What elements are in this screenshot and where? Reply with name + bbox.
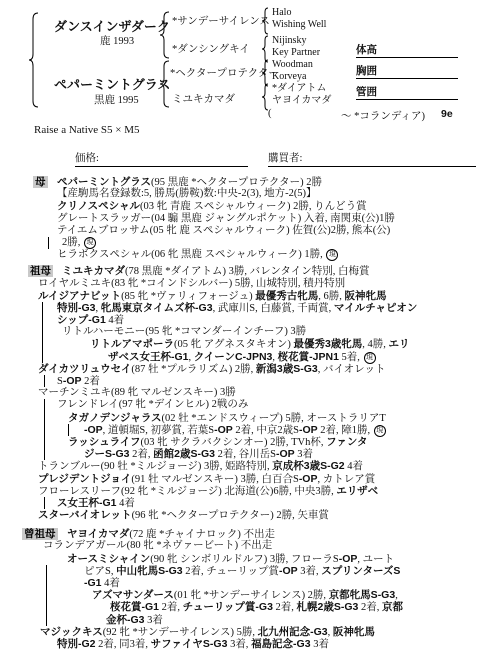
dam-sire-dam: Korveya <box>272 71 306 83</box>
tree-connector-bar <box>44 412 45 424</box>
chest-girth-field: 胸囲 <box>356 63 458 79</box>
pedigree-line: 桜花賞-G1 2着, チューリップ賞-G3 2着, 札幌2歳S-G3 2着, 京… <box>0 601 500 613</box>
tree-connector-bar <box>46 601 47 613</box>
pedigree-line: 特別-G2 2着, 同3着, サファイヤS-G3 3着, 福島記念-G3 3着 <box>0 638 500 650</box>
sire-sire-dam: Wishing Well <box>272 19 326 31</box>
tree-connector-bar <box>42 338 43 350</box>
dam-dam-sire: *ダイアトム <box>272 83 327 95</box>
tree-connector-bar <box>44 424 45 436</box>
pedigree-line: ス女王杯-G1 4着 <box>0 497 500 509</box>
tree-connector-bar <box>68 424 69 436</box>
buyer-field: 購買者: <box>268 150 476 167</box>
sire-sire-name: *サンデーサイレンス <box>172 13 270 28</box>
dam-sire-name: *ヘクタープロテクター <box>170 65 279 80</box>
dam-dam-name: ミユキカマダ <box>172 91 235 106</box>
pedigree-line: オースミシャイン(90 牝 シンボリルドルフ) 3勝, フローラS-OP, ユー… <box>0 553 500 565</box>
pedigree-line: フローレスリーフ(92 牝 *ミルジョージ) 北海道(公)6勝, 中央3勝, エ… <box>0 485 500 497</box>
pedigree-line: 金杯-G3 3着 <box>0 614 500 626</box>
pedigree-line: -OP, 道頓堀S, 初夢賞, 若葉S-OP 2着, 中京2歳S-OP 2着, … <box>0 424 500 436</box>
pedigree-line: ヒラボクスペシャル(06 牝 黒鹿 スペシャルウィーク) 1勝, 現 <box>0 249 500 261</box>
sire-dam-sire: Nijinsky <box>272 35 306 47</box>
pedigree-line: リトルアマポーラ(05 牝 アグネスタキオン) 最優秀3歳牝馬, 4勝, エリ <box>0 338 500 350</box>
pedigree-line: テイエムブロッサム(05 牝 鹿 スペシャルウィーク) 佐賀(公)2勝, 熊本(… <box>0 225 500 237</box>
pedigree-line: トランブルー(90 牡 *ミルジョージ) 3勝, 姫路特別, 京成杯3歳S-G2… <box>0 460 500 472</box>
cannon-girth-field: 管囲 <box>356 84 458 100</box>
pedigree-line: ザベス女王杯-G1, クイーンC-JPN3, 桜花賞-JPN1 5着, 現 <box>0 351 500 363</box>
tree-connector-bar <box>44 375 45 387</box>
sire-info: 鹿 1993 <box>100 33 134 48</box>
pedigree-line: ロイヤルミユキ(83 牝 *コインドシルバー) 5勝, 山城特別, 積丹特別 <box>0 278 500 290</box>
current-racer-mark: 現 <box>84 237 96 249</box>
pedigree-line: ペパーミントグラス(95 黒鹿 *ヘクタープロテクター) 2勝 <box>0 176 500 188</box>
pedigree-line: 2勝, 現 <box>0 237 500 249</box>
current-racer-mark: 現 <box>326 249 338 261</box>
pedigree-line: マジックキス(92 牝 *サンデーサイレンス) 5勝, 北九州記念-G3, 阪神… <box>0 626 500 638</box>
family-note-line: ～ *コランディア) <box>341 108 425 123</box>
tree-connector-bar <box>44 399 45 411</box>
pedigree-line: 【産駒馬名登録数:5, 勝馬(勝鞍)数:中央-2(3), 地方-2(5)】 <box>0 188 500 200</box>
pedigree-line: タガノデンジャラス(02 牡 *エンドスウィープ) 5勝, オーストラリアT <box>0 412 500 424</box>
tree-connector-bar <box>42 351 43 363</box>
pedigree-line: コランデアガール(80 牝 *ネヴァービート) 不出走 <box>0 540 500 552</box>
pedigree-line: 特別-G3, 牝馬東京タイムズ杯-G3, 武庫川S, 白藤賞, 千両賞, マイル… <box>0 302 500 314</box>
catalog-page: ダンスインザダーク 鹿 1993 ペパーミントグラス 黒鹿 1995 *サンデー… <box>0 0 500 653</box>
pedigree-line: ピアS, 中山牝馬S-G3 2着, チューリップ賞-OP 3着, スプリンターズ… <box>0 565 500 577</box>
tree-connector-bar <box>44 436 45 448</box>
pedigree-line: マーチンミユキ(89 牝 マルゼンスキー) 3勝 <box>0 387 500 399</box>
pedigree-line: ラッシュライフ(03 牝 サクラバクシンオー) 2勝, TVh杯, ファンタ <box>0 436 500 448</box>
inbreeding-note: Raise a Native S5 × M5 <box>34 124 140 136</box>
height-field: 体高 <box>356 42 458 58</box>
dam-sire-sire: Woodman <box>272 59 313 71</box>
dam-name: ペパーミントグラス <box>54 74 170 93</box>
tree-connector-bar <box>42 314 43 326</box>
great-granddam-section: 曾祖母ヤヨイカマダ(72 鹿 *チャイナロック) 不出走コランデアガール(80 … <box>0 528 500 650</box>
pedigree-line: スターバイオレット(96 牝 *ヘクタープロテクター) 2勝, 矢車賞 <box>0 509 500 521</box>
sire-dam-name: *ダンシングキイ <box>172 41 250 56</box>
pedigree-line: アズマサンダース(01 牝 *サンデーサイレンス) 2勝, 京都牝馬S-G3, <box>0 589 500 601</box>
family-number: 9e <box>441 108 453 120</box>
pedigree-line: ヤヨイカマダ(72 鹿 *チャイナロック) 不出走 <box>0 528 500 540</box>
pedigree-line: ミユキカマダ(78 黒鹿 *ダイアトム) 3勝, バレンタイン特別, 白梅賞 <box>0 265 500 277</box>
tree-connector-bar <box>42 326 43 338</box>
current-racer-mark: 現 <box>374 425 386 437</box>
pedigree-line: ルイジアナビット(85 牝 *ヴァリィフォージュ) 最優秀古牝馬, 6勝, 阪神… <box>0 290 500 302</box>
pedigree-line: ジーS-G3 2着, 函館2歳S-G3 2着, 谷川岳S-OP 3着 <box>0 448 500 460</box>
tree-connector-bar <box>46 565 47 577</box>
current-racer-mark: 現 <box>364 352 376 364</box>
buyer-label: 購買者: <box>268 153 302 164</box>
pedigree-line: ダイカツリュウセイ(87 牡 *プルラリズム) 2勝, 新潟3歳S-G3, バイ… <box>0 363 500 375</box>
pedigree-line: グレートスラッガー(04 騸 黒鹿 ジャングルポケット) 入着, 南関東(公)1… <box>0 213 500 225</box>
tree-connector-bar <box>44 448 45 460</box>
tree-connector-bar <box>42 302 43 314</box>
tree-connector-bar <box>48 237 49 249</box>
dam-info: 黒鹿 1995 <box>94 92 139 107</box>
sire-sire-sire: Halo <box>272 7 291 19</box>
tree-connector-bar <box>46 614 47 626</box>
pedigree-line: リトルハーモニー(95 牝 *コマンダーインチーフ) 3勝 <box>0 326 500 338</box>
family-note-open: ( <box>268 108 272 119</box>
pedigree-line: S-OP 2着 <box>0 375 500 387</box>
dam-dam-dam: ヤヨイカマダ <box>272 95 331 107</box>
price-label: 価格: <box>75 153 99 164</box>
pedigree-line: クリノスペシャル(03 牝 青鹿 スペシャルウィーク) 2勝, りんどう賞 <box>0 200 500 212</box>
tree-connector-bar <box>46 589 47 601</box>
pedigree-line: シップ-G1 4着 <box>0 314 500 326</box>
produce-records: 母ペパーミントグラス(95 黒鹿 *ヘクタープロテクター) 2勝【産駒馬名登録数… <box>0 176 500 650</box>
pedigree-line: フレンドレイ(97 牝 *デインヒル) 2戦のみ <box>0 399 500 411</box>
dam-section: 母ペパーミントグラス(95 黒鹿 *ヘクタープロテクター) 2勝【産駒馬名登録数… <box>0 176 500 261</box>
price-field: 価格: <box>75 150 248 167</box>
tree-connector-bar <box>44 497 45 509</box>
pedigree-line: -G1 4着 <box>0 577 500 589</box>
tree-connector-bar <box>46 577 47 589</box>
sire-dam-dam: Key Partner <box>272 47 320 59</box>
pedigree-chart: ダンスインザダーク 鹿 1993 ペパーミントグラス 黒鹿 1995 *サンデー… <box>0 0 500 122</box>
pedigree-line: プレジデントジョイ(91 牡 マルゼンスキー) 3勝, 白百合S-OP, カトレ… <box>0 473 500 485</box>
granddam-section: 祖母ミユキカマダ(78 黒鹿 *ダイアトム) 3勝, バレンタイン特別, 白梅賞… <box>0 265 500 521</box>
